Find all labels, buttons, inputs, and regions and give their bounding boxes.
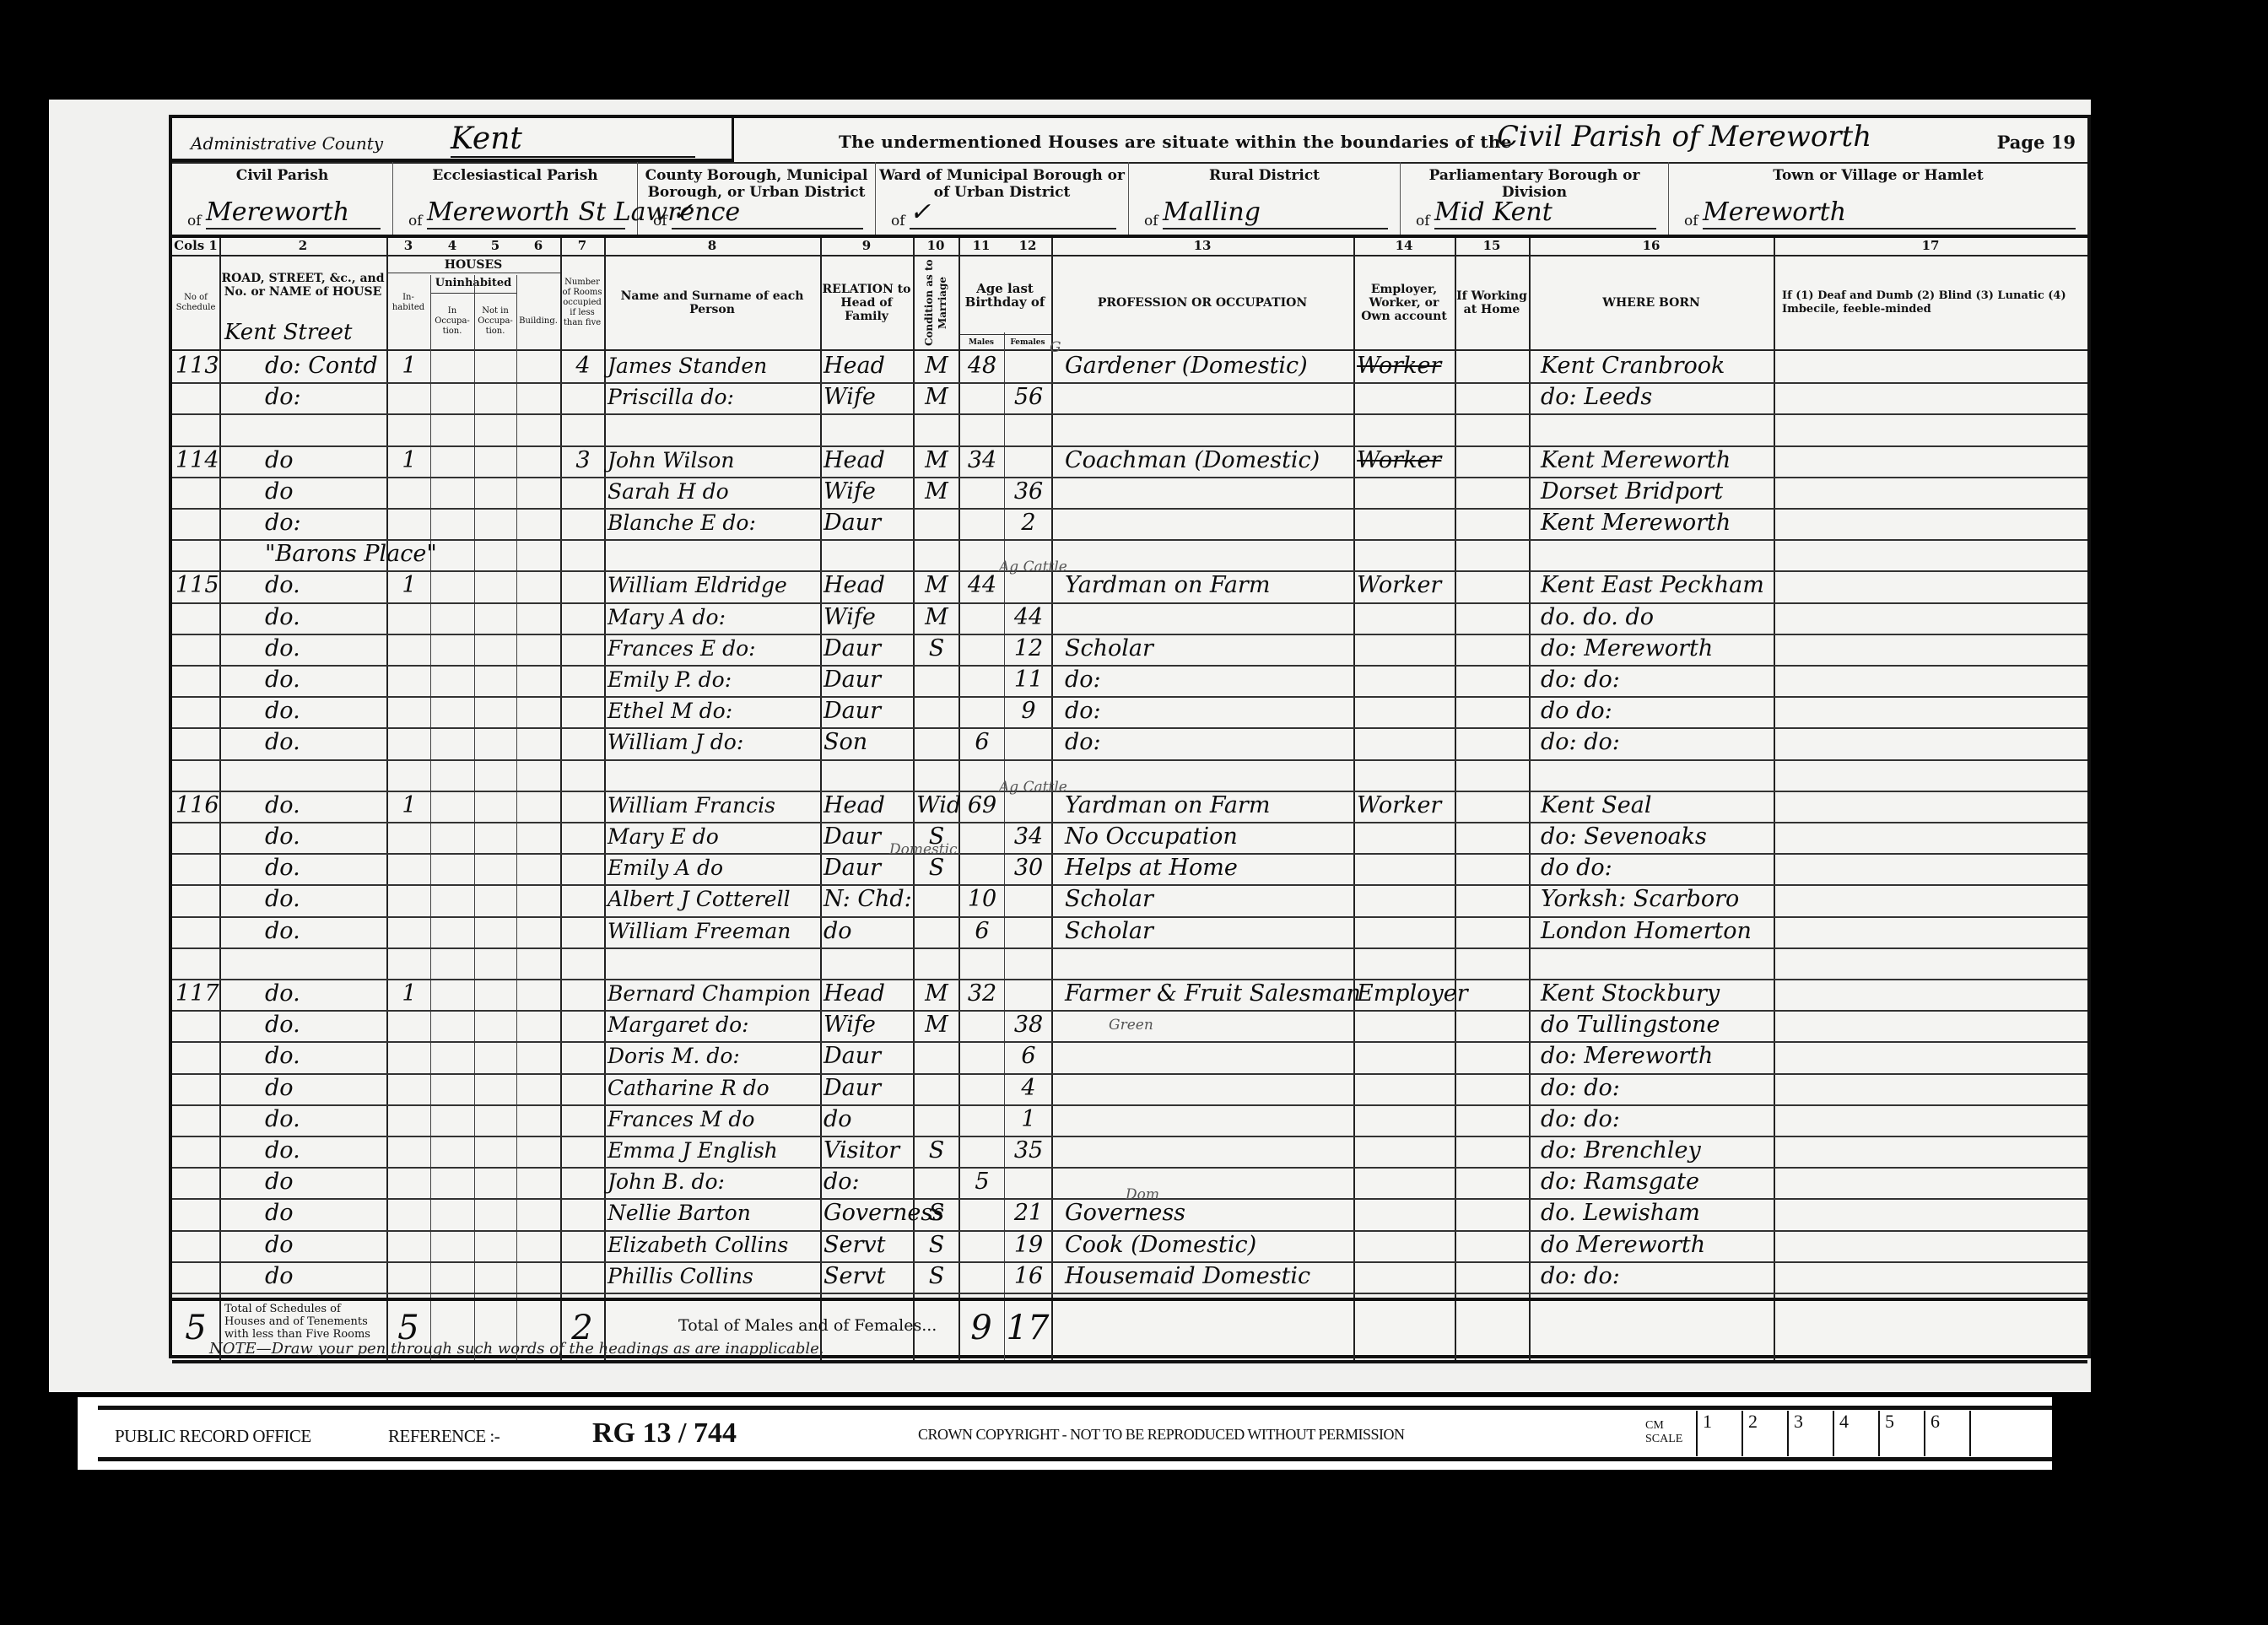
age-male: 34 <box>962 445 1002 476</box>
age-female: 12 <box>1007 634 1050 664</box>
birthplace: do. do. do <box>1532 602 1772 633</box>
totals-males-females-label: Total of Males and of Females... <box>678 1320 937 1332</box>
employment-status <box>1357 727 1453 758</box>
employment-status <box>1357 1230 1453 1261</box>
inhabited-count <box>390 634 429 664</box>
column-number: Cols 1 <box>172 238 219 253</box>
age-male <box>962 634 1002 664</box>
schedule-number <box>175 665 218 695</box>
schedule-number <box>175 759 218 790</box>
of-label: of <box>187 213 202 229</box>
relation: Head <box>823 791 911 821</box>
district-ecclesiastical-parish: Ecclesiastical ParishofMereworth St Lawr… <box>393 162 638 235</box>
column-number: 4 <box>430 238 474 253</box>
person-name: Bernard Champion <box>607 979 818 1009</box>
total-males: 9 <box>958 1313 1004 1343</box>
age-female <box>1007 1167 1050 1197</box>
age-male <box>962 1261 1002 1292</box>
annotation-pencil: Ag Cattle <box>999 779 1067 796</box>
relation: Head <box>823 570 911 601</box>
employment-status: Worker <box>1357 570 1453 601</box>
column-number: 5 <box>474 238 516 253</box>
table-row: doCatharine R doDaur4do: do: <box>172 1073 2087 1104</box>
schedule-number: 114 <box>175 445 218 476</box>
age-female: 38 <box>1007 1010 1050 1040</box>
road-name: do <box>223 1167 385 1197</box>
relation: do <box>823 916 911 947</box>
header-houses: HOUSES <box>386 256 560 273</box>
person-name: Ethel M do: <box>607 696 818 726</box>
occupation <box>1055 539 1352 570</box>
age-male: 6 <box>962 916 1002 947</box>
table-row: doElizabeth CollinsServtS19Cook (Domesti… <box>172 1230 2087 1261</box>
road-name: do. <box>223 665 385 695</box>
employment-status <box>1357 1261 1453 1292</box>
marital-condition <box>916 759 957 790</box>
age-female: 19 <box>1007 1230 1050 1261</box>
header-relation: RELATION to Head of Family <box>820 256 913 349</box>
road-name: do. <box>223 979 385 1009</box>
occupation: No Occupation <box>1055 822 1352 852</box>
header-born: WHERE BORN <box>1529 256 1774 349</box>
employment-status <box>1357 1041 1453 1072</box>
column-number: 14 <box>1353 238 1455 253</box>
inhabited-count <box>390 539 429 570</box>
rooms-count <box>564 696 602 726</box>
header-condition: Condition as to Marriage <box>913 256 958 349</box>
situate-text: The undermentioned Houses are situate wi… <box>839 132 1512 152</box>
rooms-count: 4 <box>564 351 602 381</box>
birthplace: do: do: <box>1532 1104 1772 1135</box>
relation: do <box>823 1104 911 1135</box>
rooms-count <box>564 1261 602 1292</box>
age-male <box>962 508 1002 538</box>
person-name: William Eldridge <box>607 570 818 601</box>
age-male <box>962 1136 1002 1166</box>
inhabited-count: 1 <box>390 791 429 821</box>
employment-status <box>1357 602 1453 633</box>
birthplace: do: do: <box>1532 1261 1772 1292</box>
rooms-count <box>564 916 602 947</box>
annotation-pencil: Dom <box>1126 1186 1159 1203</box>
age-female: 36 <box>1007 477 1050 507</box>
table-row: do.Frances M dodo1do: do: <box>172 1104 2087 1136</box>
header-infirmity: If (1) Deaf and Dumb (2) Blind (3) Lunat… <box>1774 256 2087 349</box>
employment-status <box>1357 382 1453 413</box>
inhabited-count <box>390 696 429 726</box>
parliamentary-borough-value: Mid Kent <box>1434 197 1656 229</box>
employment-status <box>1357 853 1453 883</box>
occupation: Housemaid Domestic <box>1055 1261 1352 1292</box>
inhabited-count <box>390 1198 429 1228</box>
age-female: 4 <box>1007 1073 1050 1104</box>
ward-value: ✓ <box>910 197 1116 229</box>
inhabited-count <box>390 916 429 947</box>
marital-condition: M <box>916 477 957 507</box>
road-name: do. <box>223 696 385 726</box>
column-number: 8 <box>604 238 820 253</box>
age-male <box>962 1230 1002 1261</box>
marital-condition: M <box>916 1010 957 1040</box>
birthplace: do: Brenchley <box>1532 1136 1772 1166</box>
relation: Daur <box>823 696 911 726</box>
road-name: do: <box>223 508 385 538</box>
table-row: do.Emma J EnglishVisitorS35do: Brenchley <box>172 1136 2087 1167</box>
parliamentary-borough-label: Parliamentary Borough or Division <box>1401 167 1668 201</box>
rooms-count <box>564 665 602 695</box>
employment-status: Worker <box>1357 791 1453 821</box>
road-name: do: Contd <box>223 351 385 381</box>
person-name: Elizabeth Collins <box>607 1230 818 1261</box>
occupation: Helps at Home <box>1055 853 1352 883</box>
road-name: do. <box>223 791 385 821</box>
column-number: 10 <box>913 238 958 253</box>
road-name: do. <box>223 822 385 852</box>
occupation: do: <box>1055 727 1352 758</box>
rooms-count <box>564 508 602 538</box>
age-female: 9 <box>1007 696 1050 726</box>
county-borough-label: County Borough, Municipal Borough, or Ur… <box>638 167 875 201</box>
birthplace: Dorset Bridport <box>1532 477 1772 507</box>
inhabited-count <box>390 1167 429 1197</box>
of-label: of <box>1684 213 1698 229</box>
employment-status <box>1357 759 1453 790</box>
rooms-count <box>564 1167 602 1197</box>
birthplace <box>1532 759 1772 790</box>
road-name: do. <box>223 1010 385 1040</box>
header-uninhabited: Uninhabited <box>430 273 516 294</box>
road-name: do <box>223 477 385 507</box>
record-office-label: PUBLIC RECORD OFFICE <box>115 1426 311 1447</box>
cm-scale-mark: 6 <box>1924 1411 1969 1456</box>
birthplace: London Homerton <box>1532 916 1772 947</box>
rooms-count <box>564 602 602 633</box>
birthplace: Kent Mereworth <box>1532 508 1772 538</box>
relation: Daur <box>823 665 911 695</box>
cm-scale-mark: 4 <box>1833 1411 1878 1456</box>
road-name: do. <box>223 602 385 633</box>
age-male: 6 <box>962 727 1002 758</box>
birthplace: do: Ramsgate <box>1532 1167 1772 1197</box>
schedule-number: 115 <box>175 570 218 601</box>
administrative-county-box: Administrative County Kent <box>172 118 734 162</box>
age-male <box>962 413 1002 444</box>
relation: Head <box>823 351 911 381</box>
occupation: Coachman (Domestic) <box>1055 445 1352 476</box>
schedule-number: 116 <box>175 791 218 821</box>
column-number: 2 <box>219 238 386 253</box>
of-label: of <box>891 213 905 229</box>
person-name: Nellie Barton <box>607 1198 818 1228</box>
county-borough-value: ✓ <box>672 197 863 229</box>
total-rooms: 2 <box>560 1313 604 1343</box>
census-form: Administrative County Kent The underment… <box>169 115 2091 1358</box>
marital-condition <box>916 413 957 444</box>
rooms-count <box>564 853 602 883</box>
road-name: do <box>223 1261 385 1292</box>
schedule-number <box>175 508 218 538</box>
rooms-count <box>564 413 602 444</box>
table-row: do.Frances E do:DaurS12Scholardo: Merewo… <box>172 634 2087 665</box>
form-note: NOTE—Draw your pen through such words of… <box>209 1340 823 1358</box>
rooms-count <box>564 382 602 413</box>
age-female: 2 <box>1007 508 1050 538</box>
birthplace: Kent Mereworth <box>1532 445 1772 476</box>
inhabited-count <box>390 884 429 915</box>
age-female <box>1007 884 1050 915</box>
age-male <box>962 853 1002 883</box>
birthplace <box>1532 539 1772 570</box>
schedule-number <box>175 884 218 915</box>
situate-value: Civil Parish of Mereworth <box>1497 120 1871 154</box>
marital-condition: Wid <box>916 791 957 821</box>
road-name: do <box>223 1230 385 1261</box>
column-number: 15 <box>1455 238 1529 253</box>
relation <box>823 539 911 570</box>
column-number: 17 <box>1774 238 2087 253</box>
employment-status <box>1357 1198 1453 1228</box>
road-name: do. <box>223 1136 385 1166</box>
marital-condition <box>916 947 957 978</box>
schedule-number <box>175 696 218 726</box>
cm-scale: CM SCALE 123456 <box>1645 1411 2015 1456</box>
inhabited-count <box>390 1104 429 1135</box>
inhabited-count <box>390 1010 429 1040</box>
road-name: "Barons Place" <box>223 539 385 570</box>
table-bottom-rule <box>172 1360 2087 1363</box>
person-name: Sarah H do <box>607 477 818 507</box>
inhabited-count: 1 <box>390 351 429 381</box>
rooms-count <box>564 791 602 821</box>
person-name <box>607 413 818 444</box>
table-row: do.Doris M. do:Daur6do: Mereworth <box>172 1041 2087 1072</box>
header-building: Building. <box>516 294 560 349</box>
person-name <box>607 947 818 978</box>
table-row: doPhillis CollinsServtS16Housemaid Domes… <box>172 1261 2087 1293</box>
age-male <box>962 1104 1002 1135</box>
table-row: "Barons Place" <box>172 539 2087 570</box>
occupation <box>1055 1010 1352 1040</box>
employment-status <box>1357 508 1453 538</box>
table-row: do.Ethel M do:Daur9do:do do: <box>172 696 2087 727</box>
age-male: 69 <box>962 791 1002 821</box>
rooms-count <box>564 1041 602 1072</box>
cm-scale-label: CM SCALE <box>1645 1411 1696 1456</box>
person-name: Phillis Collins <box>607 1261 818 1292</box>
employment-status <box>1357 696 1453 726</box>
relation: Daur <box>823 508 911 538</box>
person-name: Emma J English <box>607 1136 818 1166</box>
schedule-number <box>175 634 218 664</box>
person-name: Emily A do <box>607 853 818 883</box>
reference-label: REFERENCE :- <box>388 1426 499 1447</box>
marital-condition: S <box>916 1136 957 1166</box>
birthplace: Yorksh: Scarboro <box>1532 884 1772 915</box>
birthplace <box>1532 947 1772 978</box>
age-male <box>962 665 1002 695</box>
age-male <box>962 477 1002 507</box>
birthplace: do: Leeds <box>1532 382 1772 413</box>
person-name: William J do: <box>607 727 818 758</box>
marital-condition <box>916 696 957 726</box>
employment-status <box>1357 665 1453 695</box>
age-male: 32 <box>962 979 1002 1009</box>
marital-condition <box>916 727 957 758</box>
column-number: 3 <box>386 238 430 253</box>
inhabited-count <box>390 759 429 790</box>
column-number-row: Cols 1234567891011121314151617 <box>172 238 2087 256</box>
employment-status <box>1357 884 1453 915</box>
marital-condition <box>916 884 957 915</box>
occupation <box>1055 602 1352 633</box>
age-female <box>1007 727 1050 758</box>
occupation <box>1055 759 1352 790</box>
table-row <box>172 759 2087 791</box>
table-row: 115do.1William EldridgeHeadM44Yardman on… <box>172 570 2087 602</box>
employment-status <box>1357 413 1453 444</box>
schedule-number <box>175 727 218 758</box>
road-name: do. <box>223 916 385 947</box>
rooms-count <box>564 570 602 601</box>
occupation: Gardener (Domestic) <box>1055 351 1352 381</box>
employment-status <box>1357 634 1453 664</box>
marital-condition <box>916 916 957 947</box>
birthplace: do: Mereworth <box>1532 1041 1772 1072</box>
marital-condition: S <box>916 634 957 664</box>
marital-condition: M <box>916 602 957 633</box>
annotation-pencil: Ag Cattle <box>999 559 1067 575</box>
person-name: Margaret do: <box>607 1010 818 1040</box>
birthplace: do Tullingstone <box>1532 1010 1772 1040</box>
annotation-pencil: Domestic <box>889 841 958 858</box>
rooms-count <box>564 539 602 570</box>
occupation: Scholar <box>1055 634 1352 664</box>
annotation-pencil: Green <box>1109 1017 1153 1034</box>
age-male: 48 <box>962 351 1002 381</box>
column-number: 12 <box>1004 238 1051 253</box>
road-name: do <box>223 1073 385 1104</box>
inhabited-count: 1 <box>390 445 429 476</box>
table-row: do.Emily A doDaurS30Helps at Homedo do: <box>172 853 2087 884</box>
age-female: 35 <box>1007 1136 1050 1166</box>
rural-district-label: Rural District <box>1129 167 1400 184</box>
age-male <box>962 539 1002 570</box>
reference-number: RG 13 / 744 <box>592 1417 737 1450</box>
age-male <box>962 822 1002 852</box>
occupation: do: <box>1055 665 1352 695</box>
marital-condition: S <box>916 1261 957 1292</box>
administrative-county-label: Administrative County <box>191 133 383 154</box>
inhabited-count <box>390 853 429 883</box>
header-employer: Employer, Worker, or Own account <box>1353 256 1455 349</box>
age-male <box>962 382 1002 413</box>
road-name: do <box>223 445 385 476</box>
occupation: Yardman on Farm <box>1055 791 1352 821</box>
employment-status <box>1357 916 1453 947</box>
header-not-occ: Not in Occupa-tion. <box>474 294 516 349</box>
header-age-females: Females <box>1004 334 1051 349</box>
table-row: 117do.1Bernard ChampionHeadM32Farmer & F… <box>172 979 2087 1010</box>
relation: Wife <box>823 477 911 507</box>
rooms-count <box>564 1073 602 1104</box>
header-age: Age last Birthday of <box>958 256 1051 334</box>
inhabited-count: 1 <box>390 979 429 1009</box>
inhabited-count <box>390 665 429 695</box>
inhabited-count <box>390 1230 429 1261</box>
rooms-count <box>564 979 602 1009</box>
person-name: Doris M. do: <box>607 1041 818 1072</box>
copyright-notice: CROWN COPYRIGHT - NOT TO BE REPRODUCED W… <box>918 1426 1405 1444</box>
schedule-number <box>175 477 218 507</box>
marital-condition <box>916 539 957 570</box>
age-male <box>962 1041 1002 1072</box>
person-name: James Standen <box>607 351 818 381</box>
person-name: Priscilla do: <box>607 382 818 413</box>
district-civil-parish: Civil ParishofMereworth <box>172 162 393 235</box>
annotation-pencil: G <box>1050 339 1061 356</box>
relation: Daur <box>823 1073 911 1104</box>
street-heading: Kent Street <box>224 317 352 348</box>
marital-condition: S <box>916 1230 957 1261</box>
schedule-number <box>175 413 218 444</box>
header-rooms: Number of Rooms occupied if less than fi… <box>560 256 604 349</box>
rooms-count <box>564 884 602 915</box>
ecclesiastical-parish-value: Mereworth St Lawrence <box>427 197 625 229</box>
column-header-row: No of ScheduleROAD, STREET, &c., and No.… <box>172 256 2087 351</box>
civil-parish-label: Civil Parish <box>172 167 392 184</box>
rooms-count <box>564 1230 602 1261</box>
road-name: do. <box>223 853 385 883</box>
person-name: John Wilson <box>607 445 818 476</box>
person-name: Frances E do: <box>607 634 818 664</box>
occupation: Yardman on Farm <box>1055 570 1352 601</box>
district-ward: Ward of Municipal Borough or of Urban Di… <box>876 162 1129 235</box>
age-female: 30 <box>1007 853 1050 883</box>
relation: Daur <box>823 1041 911 1072</box>
road-name <box>223 413 385 444</box>
age-female: 21 <box>1007 1198 1050 1228</box>
table-row: do:Priscilla do:WifeM56do: Leeds <box>172 382 2087 413</box>
header-schedule: No of Schedule <box>172 256 219 349</box>
marital-condition <box>916 1073 957 1104</box>
table-row: 113do: Contd14James StandenHeadM48Garden… <box>172 351 2087 382</box>
inhabited-count <box>390 477 429 507</box>
age-male <box>962 1198 1002 1228</box>
inhabited-count <box>390 602 429 633</box>
occupation <box>1055 413 1352 444</box>
of-label: of <box>408 213 423 229</box>
person-name <box>607 539 818 570</box>
rooms-count <box>564 1010 602 1040</box>
birthplace: do Mereworth <box>1532 1230 1772 1261</box>
cm-scale-mark: 1 <box>1696 1411 1741 1456</box>
relation: N: Chd: <box>823 884 911 915</box>
age-female <box>1007 413 1050 444</box>
relation: do: <box>823 1167 911 1197</box>
relation: Wife <box>823 602 911 633</box>
employment-status <box>1357 1167 1453 1197</box>
age-female: 6 <box>1007 1041 1050 1072</box>
occupation <box>1055 382 1352 413</box>
birthplace: do: do: <box>1532 1073 1772 1104</box>
person-name: Frances M do <box>607 1104 818 1135</box>
person-name: John B. do: <box>607 1167 818 1197</box>
birthplace: do do: <box>1532 853 1772 883</box>
age-female: 34 <box>1007 822 1050 852</box>
column-number: 13 <box>1051 238 1353 253</box>
schedule-number <box>175 539 218 570</box>
schedule-number <box>175 1261 218 1292</box>
